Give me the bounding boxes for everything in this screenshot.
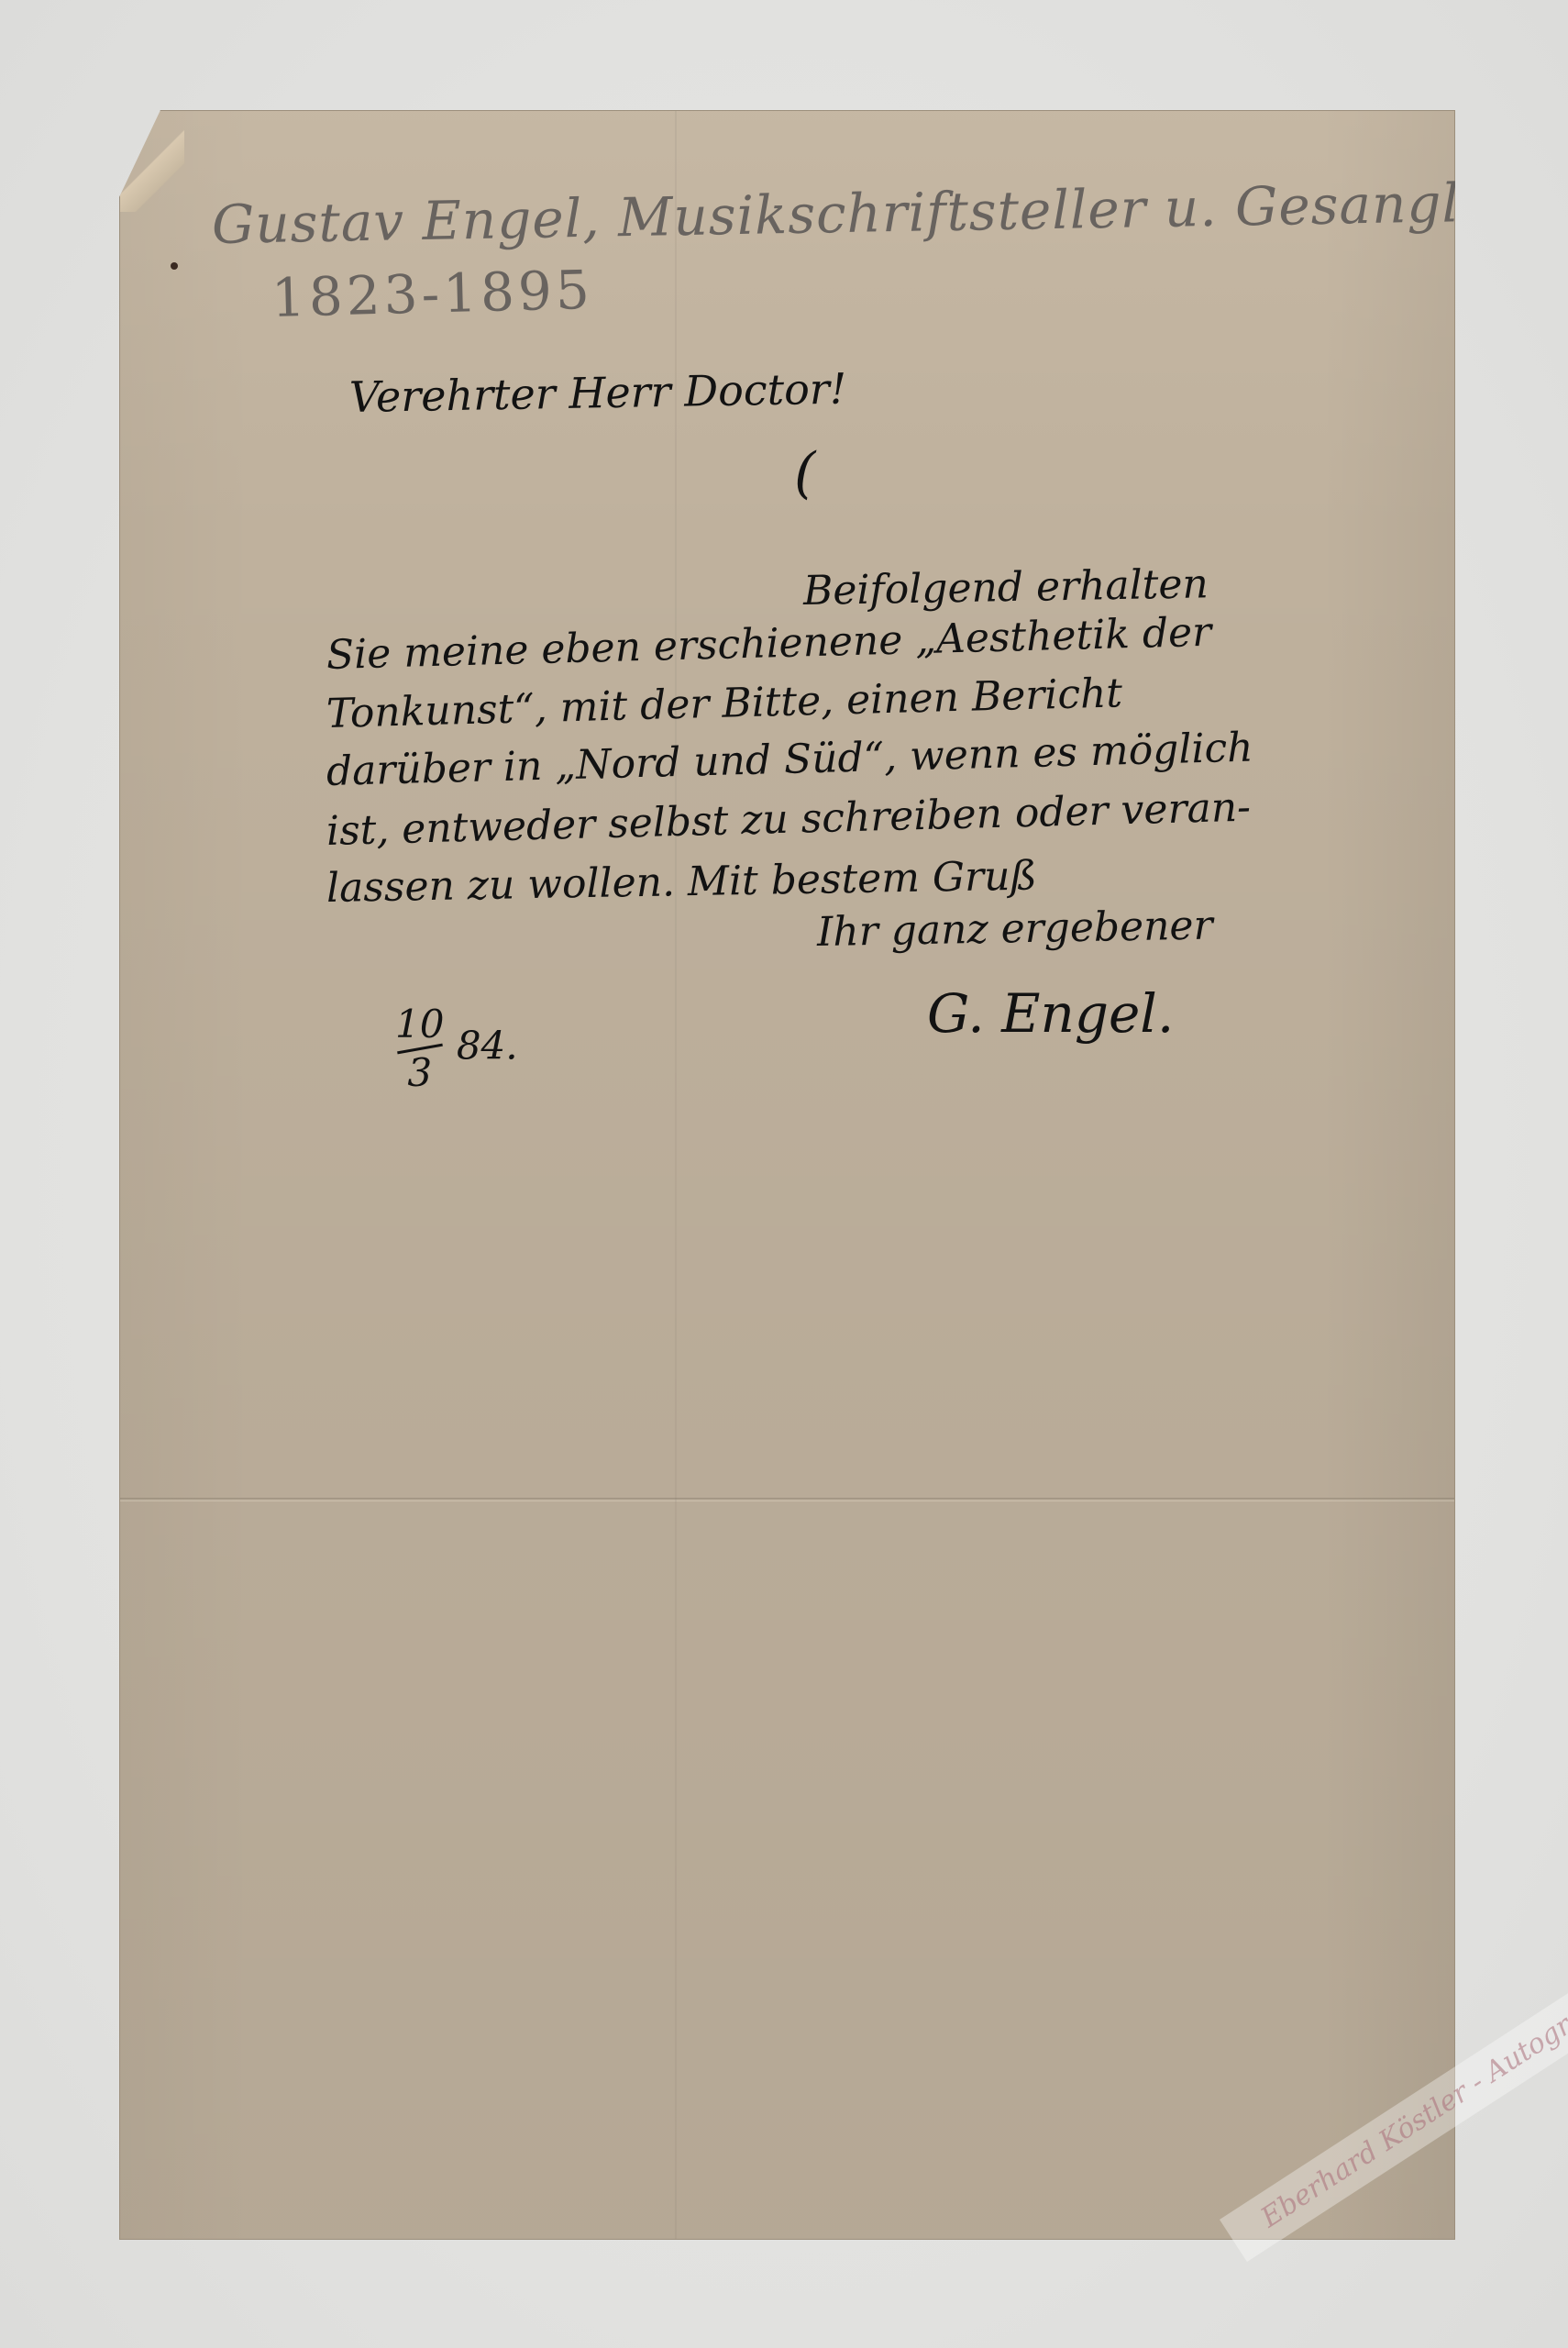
pencil-annotation-dates: 1823-1895 <box>271 259 593 329</box>
letter-body-line: ist, entweder selbst zu schreiben oder v… <box>326 784 1251 855</box>
paren-mark: ( <box>794 441 815 505</box>
pencil-annotation-name: Gustav Engel, Musikschriftsteller u. Ges… <box>211 169 1568 256</box>
letter-body-line: Sie meine eben erschienene „Aesthetik de… <box>326 609 1211 679</box>
horizontal-fold-crease <box>120 1498 1454 1501</box>
date-day: 10 <box>395 1005 444 1044</box>
letter-closing: Ihr ganz ergebener <box>817 902 1213 956</box>
letter-paper: Gustav Engel, Musikschriftsteller u. Ges… <box>119 110 1455 2240</box>
date-fraction: 10 3 <box>395 1005 444 1092</box>
signature: G. Engel. <box>927 982 1174 1045</box>
ink-dot <box>171 262 178 270</box>
letter-salutation: Verehrter Herr Doctor! <box>349 364 847 422</box>
letter-body-line: lassen zu wollen. Mit bestem Gruß <box>326 852 1038 912</box>
folded-corner <box>120 111 184 212</box>
date-year: 84. <box>457 1024 518 1069</box>
letter-date: 10 3 84. <box>395 1005 518 1092</box>
letter-body-line: Beifolgend erhalten <box>803 560 1209 615</box>
letter-body-line: Tonkunst“, mit der Bitte, einen Bericht <box>326 670 1122 737</box>
date-month: 3 <box>395 1054 444 1092</box>
vertical-fold-crease <box>675 111 677 2239</box>
letter-body-line: darüber in „Nord und Süd“, wenn es mögli… <box>326 725 1253 795</box>
